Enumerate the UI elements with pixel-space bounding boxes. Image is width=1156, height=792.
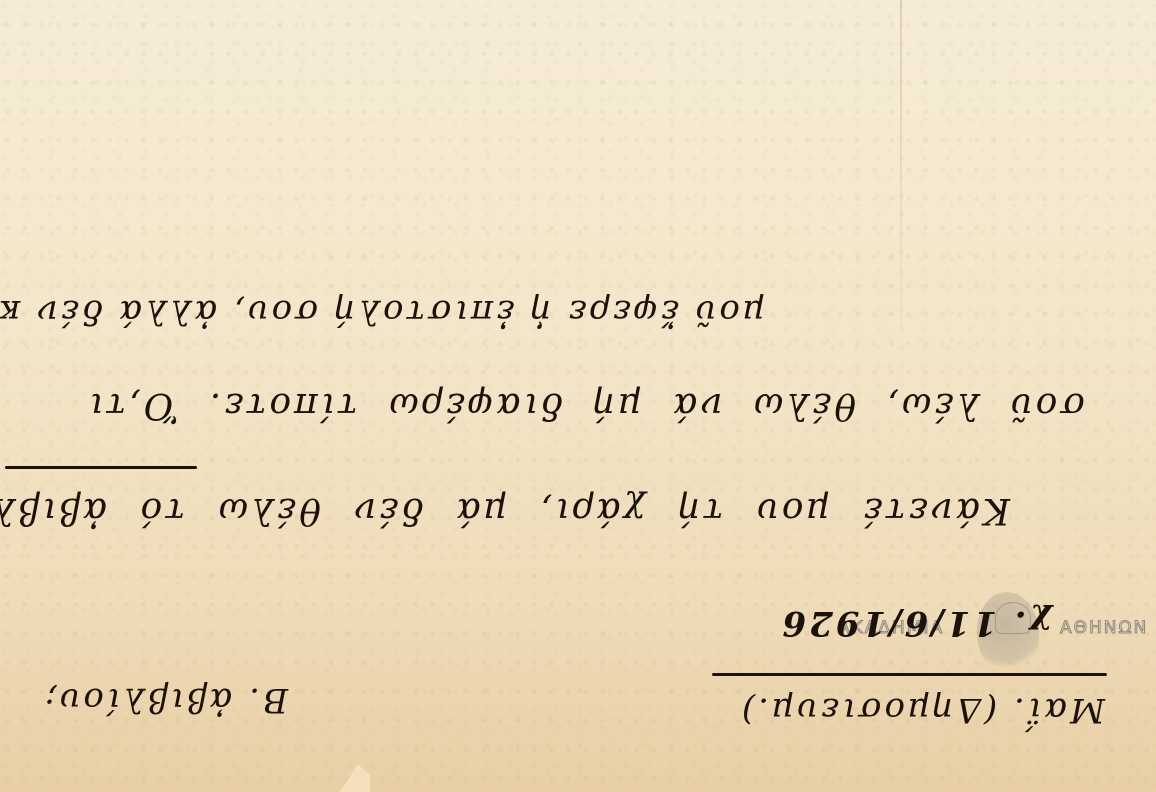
letter-page: μοῦ ἔφερε ἡ ἐπιστολή σου, ἀλλά δέν κάνω … — [0, 0, 1156, 792]
underline-rule-left — [5, 466, 197, 469]
marginal-note: Β. ἀβιβλίου; — [78, 680, 288, 720]
paper-tear — [340, 764, 370, 792]
signature-rule — [712, 673, 1107, 676]
handwritten-line-1: μοῦ ἔφερε ἡ ἐπιστολή σου, ἀλλά δέν κάνω — [205, 292, 765, 332]
handwritten-date: χ. 11/6/1926 — [822, 603, 1052, 643]
fold-crease — [900, 0, 902, 330]
watermark-athinon: ΑΘΗΝΩΝ — [1060, 618, 1148, 638]
handwritten-line-2: σοῦ λέω, θέλω νά μή διαφέρω τίποτε. Ὅ,τι — [215, 385, 1085, 426]
signature-block: Μαΐ. (Δημοσιευμ.) — [735, 690, 1105, 730]
handwritten-line-3: Κάνετέ μου τή χάρι, μά δέν θέλω τό ἀβιβλ… — [10, 490, 1010, 531]
